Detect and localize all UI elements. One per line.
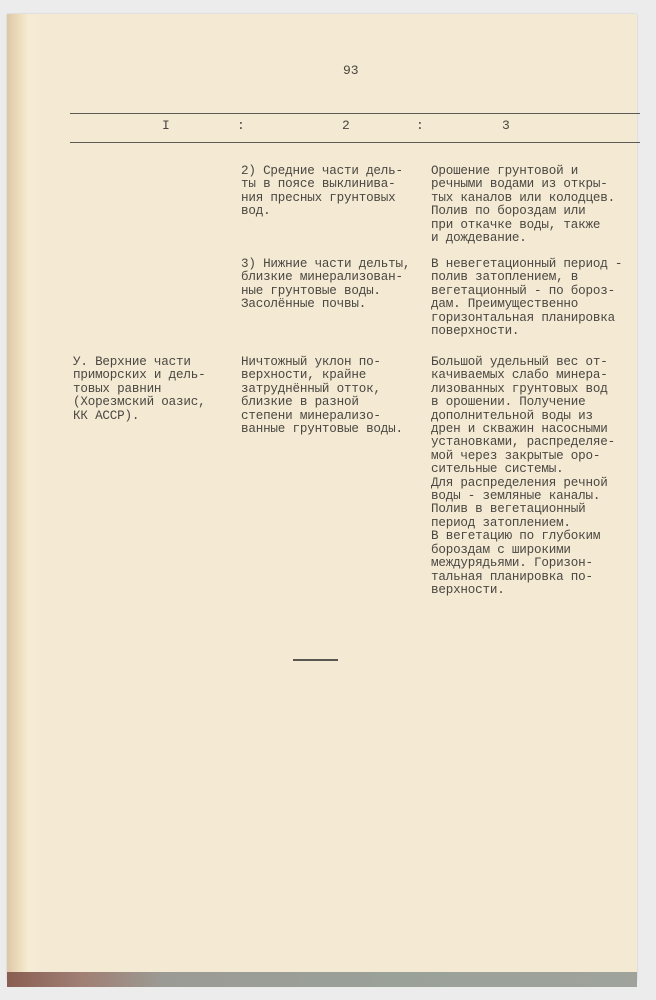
column-header-separator-2: : xyxy=(416,118,424,133)
page-number: 93 xyxy=(343,63,359,78)
page-bottom-edge xyxy=(7,972,637,987)
table-top-rule xyxy=(70,113,640,114)
row-3-col-2: Ничтожный уклон по- верхности, крайне за… xyxy=(241,356,403,436)
row-2-col-3: В невегетационный период - полив затопле… xyxy=(431,258,622,338)
row-1-col-3: Орошение грунтовой и речными водами из о… xyxy=(431,165,615,245)
row-1-col-2: 2) Средние части дель- ты в поясе выклин… xyxy=(241,165,403,219)
table-header-rule xyxy=(70,142,640,143)
column-header-2: 2 xyxy=(342,118,350,133)
column-header-3: 3 xyxy=(502,118,510,133)
column-header-1: I xyxy=(162,118,170,133)
row-2-col-2: 3) Нижние части дельты, близкие минерали… xyxy=(241,258,410,312)
row-3-col-1: У. Верхние части приморских и дель- товы… xyxy=(73,356,205,423)
row-3-col-3: Большой удельный вес от- качиваемых слаб… xyxy=(431,356,615,597)
end-of-table-dash xyxy=(293,659,338,661)
column-header-separator-1: : xyxy=(237,118,245,133)
